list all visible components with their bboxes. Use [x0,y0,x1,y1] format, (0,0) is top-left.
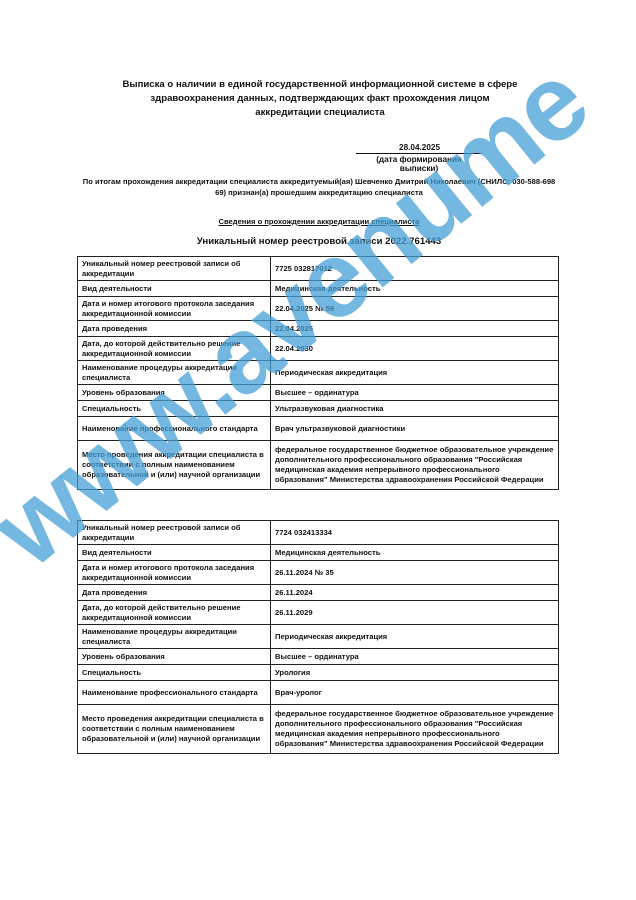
row-label: Уникальный номер реестровой записи об ак… [78,521,271,545]
table-row: Наименование процедуры аккредитации спец… [78,361,559,385]
table-row: Уровень образованияВысшее – ординатура [78,649,559,665]
table-row: Вид деятельностиМедицинская деятельность [78,545,559,561]
row-label: Специальность [78,401,271,417]
row-value: 26.11.2024 [271,585,559,601]
table-row: Дата, до которой действительно решение а… [78,337,559,361]
issue-date-label: (дата формирования выписки) [356,154,482,173]
section-heading: Сведения о прохождении аккредитации спец… [78,217,560,226]
table-row: Место проведения аккредитации специалист… [78,441,559,490]
row-label: Место проведения аккредитации специалист… [78,705,271,754]
table-row: Дата проведения26.11.2024 [78,585,559,601]
row-value: 22.04.2025 [271,321,559,337]
row-label: Дата проведения [78,321,271,337]
table-row: Уровень образованияВысшее – ординатура [78,385,559,401]
row-value: 26.11.2024 № 35 [271,561,559,585]
row-value: Высшее – ординатура [271,385,559,401]
table-row: Дата, до которой действительно решение а… [78,601,559,625]
row-label: Наименование профессионального стандарта [78,681,271,705]
document-title: Выписка о наличии в единой государственн… [120,78,520,120]
row-label: Наименование профессионального стандарта [78,417,271,441]
table-row: Уникальный номер реестровой записи об ак… [78,521,559,545]
row-value: федеральное государственное бюджетное об… [271,441,559,490]
table-row: Место проведения аккредитации специалист… [78,705,559,754]
row-label: Место проведения аккредитации специалист… [78,441,271,490]
issue-date-block: 28.04.2025 (дата формирования выписки) [356,143,482,173]
row-value: Периодическая аккредитация [271,361,559,385]
row-value: Медицинская деятельность [271,281,559,297]
row-label: Вид деятельности [78,545,271,561]
table-row: Дата и номер итогового протокола заседан… [78,561,559,585]
table-row: Вид деятельностиМедицинская деятельность [78,281,559,297]
table-row: Дата и номер итогового протокола заседан… [78,297,559,321]
row-label: Дата и номер итогового протокола заседан… [78,297,271,321]
row-label: Специальность [78,665,271,681]
row-label: Вид деятельности [78,281,271,297]
row-value: 22.04.2030 [271,337,559,361]
row-label: Уникальный номер реестровой записи об ак… [78,257,271,281]
row-label: Дата, до которой действительно решение а… [78,337,271,361]
row-value: федеральное государственное бюджетное об… [271,705,559,754]
row-value: Медицинская деятельность [271,545,559,561]
accreditation-table-2: Уникальный номер реестровой записи об ак… [77,520,559,754]
accreditation-table-1: Уникальный номер реестровой записи об ак… [77,256,559,490]
table-row: Наименование профессионального стандарта… [78,681,559,705]
row-value: Ультразвуковая диагностика [271,401,559,417]
row-value: 22.04.2025 № 59 [271,297,559,321]
row-label: Дата, до которой действительно решение а… [78,601,271,625]
row-value: Врач ультразвуковой диагностики [271,417,559,441]
row-value: Периодическая аккредитация [271,625,559,649]
intro-text: По итогам прохождения аккредитации специ… [78,177,560,198]
row-value: Высшее – ординатура [271,649,559,665]
row-label: Наименование процедуры аккредитации спец… [78,625,271,649]
table-row: Наименование профессионального стандарта… [78,417,559,441]
row-value: Врач-уролог [271,681,559,705]
row-label: Уровень образования [78,385,271,401]
row-value: 7725 032817012 [271,257,559,281]
row-value: Урология [271,665,559,681]
table-row: Дата проведения22.04.2025 [78,321,559,337]
table-row: Наименование процедуры аккредитации спец… [78,625,559,649]
issue-date: 28.04.2025 [356,143,482,154]
table-row: СпециальностьУрология [78,665,559,681]
row-label: Дата проведения [78,585,271,601]
row-label: Дата и номер итогового протокола заседан… [78,561,271,585]
registry-record-number: Уникальный номер реестровой записи 2022.… [78,236,560,247]
table-row: СпециальностьУльтразвуковая диагностика [78,401,559,417]
table-row: Уникальный номер реестровой записи об ак… [78,257,559,281]
row-value: 26.11.2029 [271,601,559,625]
row-label: Наименование процедуры аккредитации спец… [78,361,271,385]
row-label: Уровень образования [78,649,271,665]
row-value: 7724 032413334 [271,521,559,545]
document-page: Выписка о наличии в единой государственн… [0,0,636,900]
